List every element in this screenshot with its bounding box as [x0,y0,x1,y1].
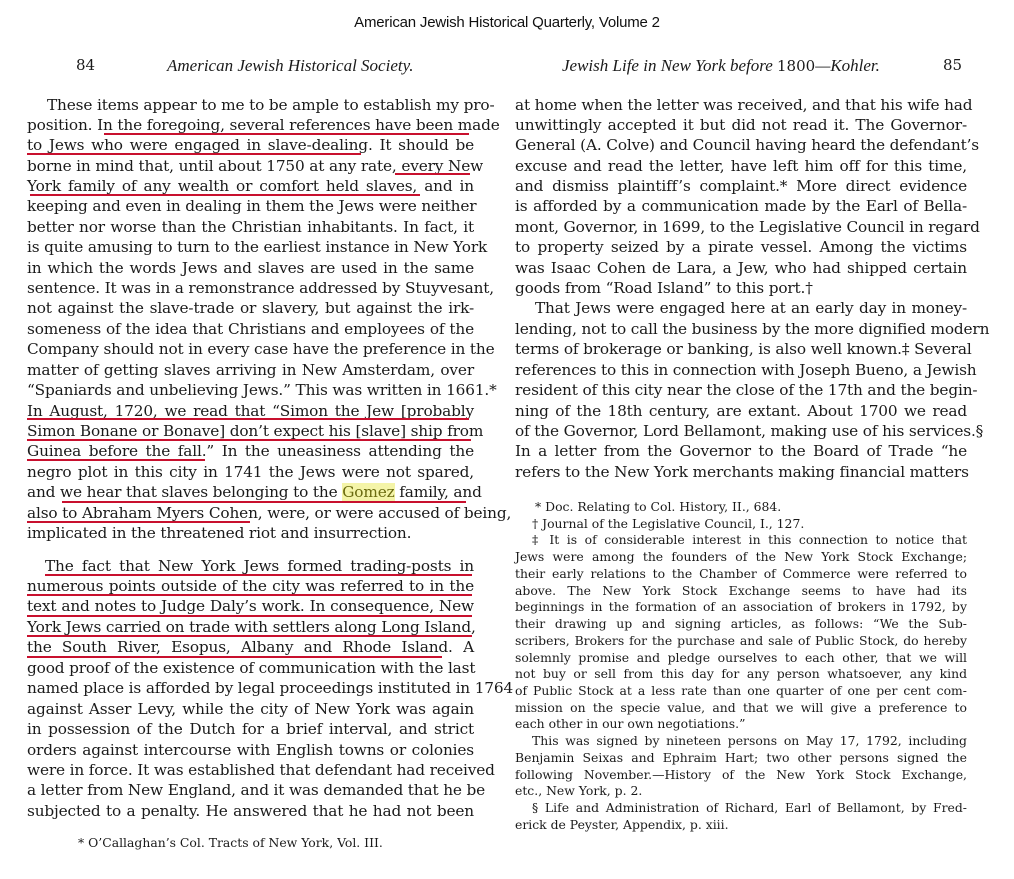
text-line: also to Abraham Myers Cohen, were, or we… [27,503,474,523]
text-line: numerous points outside of the city was … [27,576,474,596]
footnote-line: erick de Peyster, Appendix, p. xiii. [515,816,729,833]
text-line: to property seized by a pirate vessel. A… [515,237,967,257]
footnote-line: beginnings in the formation of an associ… [515,598,967,615]
text-line: terms of brokerage or banking, is also w… [515,339,967,359]
text-line: position. In the foregoing, several refe… [27,115,474,135]
text-line: in possession of the Dutch for a brief i… [27,719,474,739]
text-line: lending, not to call the business by the… [515,319,967,339]
underline-annotation [30,194,420,196]
text-line: keeping and even in dealing in them the … [27,196,474,216]
running-title-left: American Jewish Historical Society. [167,56,413,76]
running-title-year: 1800 [777,57,815,75]
text-line: of the Governor, Lord Bellamont, making … [515,421,967,441]
text-line: good proof of the existence of communica… [27,658,474,678]
underline-annotation [45,574,472,576]
text-line: Company should not in every case have th… [27,339,474,359]
text-segment: family, and [395,483,482,501]
text-line: sentence. It was in a remonstrance addre… [27,278,474,298]
text-line: a letter from New England, and it was de… [27,780,474,800]
text-line: mont, Governor, in 1699, to the Legislat… [515,217,967,237]
text-line: better nor worse than the Christian inha… [27,217,474,237]
footnote-line: etc., New York, p. 2. [515,782,642,799]
text-line: and we hear that slaves belonging to the… [27,482,474,502]
underline-annotation [62,501,466,503]
text-line: against Asser Levy, while the city of Ne… [27,699,474,719]
footnote: † Journal of the Legislative Council, I.… [532,515,804,532]
footnote-line: above. The New York Stock Exchange seems… [515,582,967,599]
text-line: named place is afforded by legal proceed… [27,678,474,698]
page-number-right: 85 [943,56,962,74]
text-line: The fact that New York Jews formed tradi… [45,556,474,576]
footnote-line: Jews were among the founders of the New … [515,548,967,565]
underline-annotation [27,656,442,658]
footnote: * Doc. Relating to Col. History, II., 68… [535,498,781,515]
text-line: not against the slave-trade or slavery, … [27,298,474,318]
footnote: ‡ It is of considerable interest in this… [532,531,967,548]
text-line: goods from “Road Island” to this port.† [515,278,815,298]
underline-annotation [27,153,361,155]
underline-annotation [27,459,205,461]
footnote: § Life and Administration of Richard, Ea… [532,799,967,816]
text-line: General (A. Colve) and Council having he… [515,135,967,155]
text-line: the South River, Esopus, Albany and Rhod… [27,637,474,657]
text-line: “Spaniards and unbelieving Jews.” This w… [27,380,474,400]
footnote-line: scribers, Brokers for the purchase and s… [515,632,967,649]
underline-annotation [395,173,470,175]
text-segment: and we hear that slaves belonging to the [27,483,342,501]
text-line: to Jews who were engaged in slave-dealin… [27,135,474,155]
text-line: implicated in the threatened riot and in… [27,523,397,543]
footnote-line: their early relations to the Chamber of … [515,565,967,582]
footnote-line: each other in our own negotiations.” [515,715,745,732]
footnote-line: their drawing up and signing articles, a… [515,615,967,632]
footnote-line: solemnly promise and pledge ourselves to… [515,649,967,666]
text-line: York Jews carried on trade with settlers… [27,617,474,637]
text-line: ning of the 18th century, are extant. Ab… [515,401,967,421]
underline-annotation [27,615,472,617]
text-line: text and notes to Judge Daly’s work. In … [27,596,474,616]
text-line: refers to the New York merchants making … [515,462,967,482]
underline-annotation [27,418,469,420]
underline-annotation [104,133,469,135]
highlighted-word-gomez: Gomez [342,483,394,501]
text-line: unwittingly accepted it but did not read… [515,115,967,135]
text-line: matter of getting slaves arriving in New… [27,360,474,380]
footnote-left: * O’Callaghan’s Col. Tracts of New York,… [78,834,383,851]
text-line: at home when the letter was received, an… [515,95,967,115]
text-line: someness of the idea that Christians and… [27,319,474,339]
running-title-author: —Kohler. [815,56,880,75]
text-line: resident of this city near the close of … [515,380,967,400]
running-title-right: Jewish Life in New York before 1800—Kohl… [562,56,880,76]
text-line: These items appear to me to be ample to … [47,95,474,115]
text-line: negro plot in this city in 1741 the Jews… [27,462,474,482]
text-line: in which the words Jews and slaves are u… [27,258,474,278]
underline-annotation [27,439,471,441]
text-line: references to this in connection with Jo… [515,360,967,380]
text-line: is quite amusing to turn to the earliest… [27,237,474,257]
footnote-line: mission on the specie value, and that we… [515,699,967,716]
text-line: was Isaac Cohen de Lara, a Jew, who had … [515,258,967,278]
text-line: is afforded by a communication made by t… [515,196,967,216]
underline-annotation [27,594,472,596]
running-title-text: Jewish Life in New York before [562,56,777,75]
text-line: orders against intercourse with English … [27,740,474,760]
footnote-line: not buy or sell from this day for any pe… [515,665,967,682]
text-line: excuse and read the letter, have left hi… [515,156,967,176]
footnote-line: of Public Stock at a less rate than one … [515,682,967,699]
underline-annotation [27,521,250,523]
text-line: subjected to a penalty. He answered that… [27,801,474,821]
footnote-line: following November.—History of the New Y… [515,766,967,783]
text-line: Guinea before the fall.” In the uneasine… [27,441,474,461]
page-number-left: 84 [76,56,95,74]
text-line: York family of any wealth or comfort hel… [27,176,474,196]
footnote-line: This was signed by nineteen persons on M… [532,732,967,749]
text-line: and dismiss plaintiff’s complaint.* More… [515,176,967,196]
text-line: In a letter from the Governor to the Boa… [515,441,967,461]
underline-annotation [27,635,472,637]
footnote-line: Benjamin Seixas and Ephraim Hart; two ot… [515,749,967,766]
window-title: American Jewish Historical Quarterly, Vo… [0,14,1014,31]
text-line: That Jews were engaged here at an early … [535,298,967,318]
text-line: were in force. It was established that d… [27,760,474,780]
text-line: Simon Bonane or Bonave] don’t expect his… [27,421,474,441]
